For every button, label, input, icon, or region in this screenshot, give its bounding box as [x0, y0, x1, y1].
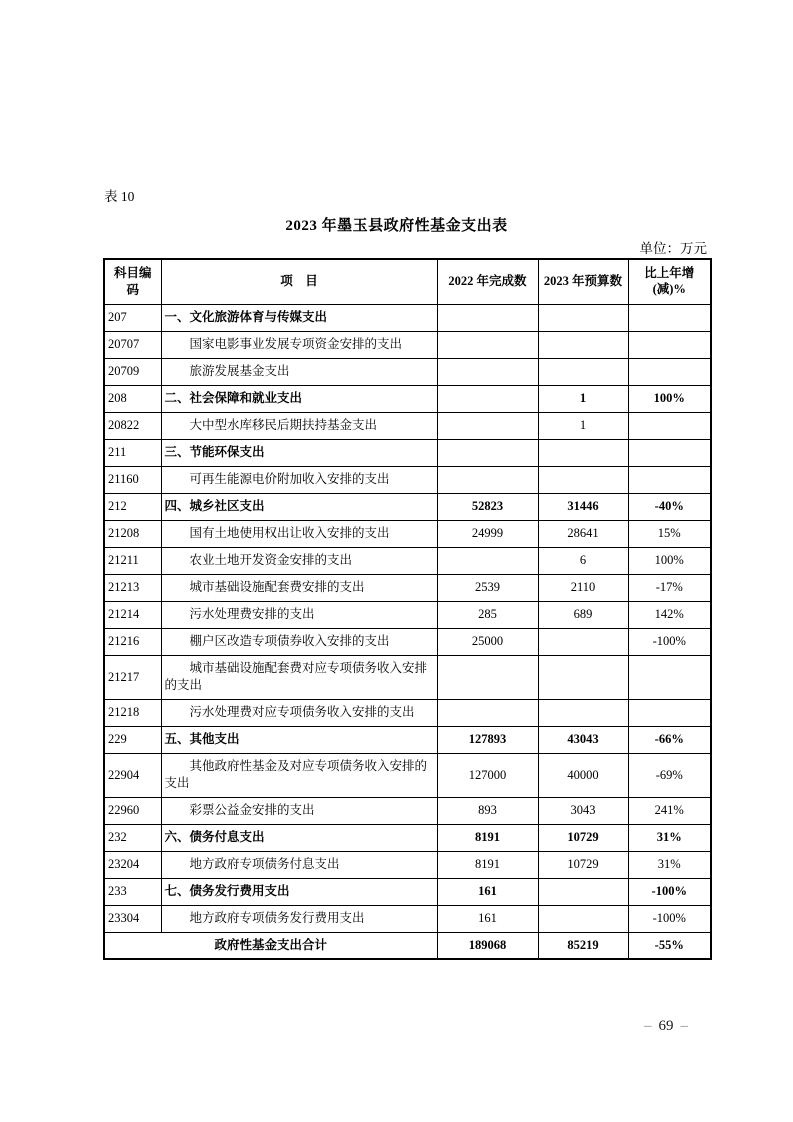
cell-item-name: 七、债务发行费用支出: [161, 878, 437, 905]
cell-2023-budget: [538, 699, 628, 726]
cell-yoy-change: [628, 331, 711, 358]
cell-yoy-change: [628, 655, 711, 699]
cell-item-name: 大中型水库移民后期扶持基金支出: [161, 412, 437, 439]
cell-item-name: 其他政府性基金及对应专项债务收入安排的支出: [161, 753, 437, 797]
table-row: 20707国家电影事业发展专项资金安排的支出: [104, 331, 711, 358]
cell-item-name: 地方政府专项债务发行费用支出: [161, 905, 437, 932]
cell-item-name: 可再生能源电价附加收入安排的支出: [161, 466, 437, 493]
header-subject-code: 科目编码: [104, 259, 161, 304]
cell-2022-actual: [437, 304, 538, 331]
cell-subject-code: 21213: [104, 574, 161, 601]
unit-label: 单位：万元: [103, 237, 707, 257]
cell-2023-budget: 3043: [538, 797, 628, 824]
cell-yoy-change: 31%: [628, 851, 711, 878]
cell-2023-budget: 6: [538, 547, 628, 574]
cell-2022-actual: 127893: [437, 726, 538, 753]
cell-yoy-change: 15%: [628, 520, 711, 547]
table-row: 23304地方政府专项债务发行费用支出161-100%: [104, 905, 711, 932]
cell-item-name: 四、城乡社区支出: [161, 493, 437, 520]
cell-subject-code: 229: [104, 726, 161, 753]
cell-subject-code: 207: [104, 304, 161, 331]
cell-subject-code: 208: [104, 385, 161, 412]
cell-2023-budget: [538, 655, 628, 699]
cell-item-name: 三、节能环保支出: [161, 439, 437, 466]
cell-2023-budget: 1: [538, 412, 628, 439]
cell-subject-code: 23304: [104, 905, 161, 932]
cell-yoy-change: -100%: [628, 905, 711, 932]
cell-2022-actual: 285: [437, 601, 538, 628]
cell-yoy-change: -17%: [628, 574, 711, 601]
cell-2022-actual: [437, 358, 538, 385]
header-item: 项 目: [161, 259, 437, 304]
table-row: 21213城市基础设施配套费安排的支出25392110-17%: [104, 574, 711, 601]
table-row: 20822大中型水库移民后期扶持基金支出1: [104, 412, 711, 439]
cell-subject-code: 21214: [104, 601, 161, 628]
cell-2022-actual: 8191: [437, 824, 538, 851]
cell-2023-budget: 40000: [538, 753, 628, 797]
cell-2023-budget: [538, 878, 628, 905]
table-row: 232六、债务付息支出81911072931%: [104, 824, 711, 851]
cell-subject-code: 23204: [104, 851, 161, 878]
document-page: 表 10 2023 年墨玉县政府性基金支出表 单位：万元 科目编码 项 目 20…: [0, 0, 793, 1122]
cell-subject-code: 21217: [104, 655, 161, 699]
table-body: 207一、文化旅游体育与传媒支出20707国家电影事业发展专项资金安排的支出20…: [104, 304, 711, 959]
page-number-value: 69: [659, 1018, 674, 1034]
cell-item-name: 地方政府专项债务付息支出: [161, 851, 437, 878]
cell-subject-code: 21218: [104, 699, 161, 726]
table-row: 208二、社会保障和就业支出1100%: [104, 385, 711, 412]
cell-2022-actual: 24999: [437, 520, 538, 547]
cell-2023-budget: [538, 439, 628, 466]
cell-subject-code: 20707: [104, 331, 161, 358]
cell-yoy-change: -100%: [628, 878, 711, 905]
cell-2022-actual: [437, 331, 538, 358]
cell-subject-code: 21208: [104, 520, 161, 547]
fund-expenditure-table: 科目编码 项 目 2022 年完成数 2023 年预算数 比上年增 (减)% 2…: [103, 258, 712, 960]
cell-yoy-change: [628, 699, 711, 726]
table-row: 21160可再生能源电价附加收入安排的支出: [104, 466, 711, 493]
cell-2022-actual: 2539: [437, 574, 538, 601]
table-row: 21211农业土地开发资金安排的支出6100%: [104, 547, 711, 574]
cell-yoy-change: -66%: [628, 726, 711, 753]
cell-2022-actual: [437, 439, 538, 466]
table-row: 22960彩票公益金安排的支出8933043241%: [104, 797, 711, 824]
cell-yoy-change: [628, 304, 711, 331]
cell-subject-code: 211: [104, 439, 161, 466]
page-title: 2023 年墨玉县政府性基金支出表: [0, 214, 793, 235]
table-number-label: 表 10: [104, 185, 134, 205]
cell-subject-code: 212: [104, 493, 161, 520]
cell-yoy-change: 100%: [628, 547, 711, 574]
cell-item-name: 棚户区改造专项债券收入安排的支出: [161, 628, 437, 655]
cell-yoy-change: [628, 358, 711, 385]
cell-subject-code: 232: [104, 824, 161, 851]
cell-subject-code: 20709: [104, 358, 161, 385]
cell-2022-actual: 189068: [437, 932, 538, 959]
cell-2023-budget: [538, 304, 628, 331]
cell-item-name: 一、文化旅游体育与传媒支出: [161, 304, 437, 331]
cell-item-name: 五、其他支出: [161, 726, 437, 753]
cell-2023-budget: 689: [538, 601, 628, 628]
cell-2022-actual: [437, 547, 538, 574]
cell-yoy-change: [628, 412, 711, 439]
cell-yoy-change: 100%: [628, 385, 711, 412]
cell-2022-actual: [437, 385, 538, 412]
table-row: 21216棚户区改造专项债券收入安排的支出25000-100%: [104, 628, 711, 655]
cell-subject-code: 20822: [104, 412, 161, 439]
cell-2023-budget: [538, 466, 628, 493]
header-yoy-change-line1: 比上年增: [632, 266, 708, 282]
cell-item-name: 污水处理费安排的支出: [161, 601, 437, 628]
table-row: 211三、节能环保支出: [104, 439, 711, 466]
table-row: 21214污水处理费安排的支出285689142%: [104, 601, 711, 628]
cell-2022-actual: [437, 466, 538, 493]
cell-item-name: 城市基础设施配套费安排的支出: [161, 574, 437, 601]
page-number-left-dash: –: [644, 1018, 652, 1034]
cell-2023-budget: 85219: [538, 932, 628, 959]
cell-item-name: 彩票公益金安排的支出: [161, 797, 437, 824]
table-header-row: 科目编码 项 目 2022 年完成数 2023 年预算数 比上年增 (减)%: [104, 259, 711, 304]
cell-2022-actual: [437, 412, 538, 439]
cell-2022-actual: [437, 699, 538, 726]
cell-yoy-change: -100%: [628, 628, 711, 655]
table-row: 21217城市基础设施配套费对应专项债务收入安排的支出: [104, 655, 711, 699]
cell-2022-actual: 161: [437, 878, 538, 905]
cell-2023-budget: [538, 905, 628, 932]
table-row: 229五、其他支出12789343043-66%: [104, 726, 711, 753]
cell-2023-budget: 10729: [538, 824, 628, 851]
cell-2023-budget: [538, 331, 628, 358]
cell-subject-code: 21160: [104, 466, 161, 493]
header-yoy-change-line2: (减)%: [632, 282, 708, 298]
cell-item-name: 城市基础设施配套费对应专项债务收入安排的支出: [161, 655, 437, 699]
header-2023-budget: 2023 年预算数: [538, 259, 628, 304]
cell-yoy-change: -69%: [628, 753, 711, 797]
cell-2022-actual: [437, 655, 538, 699]
cell-2022-actual: 52823: [437, 493, 538, 520]
cell-subject-code: 21211: [104, 547, 161, 574]
table-row: 212四、城乡社区支出5282331446-40%: [104, 493, 711, 520]
cell-item-name: 二、社会保障和就业支出: [161, 385, 437, 412]
cell-item-name: 国有土地使用权出让收入安排的支出: [161, 520, 437, 547]
cell-2022-actual: 893: [437, 797, 538, 824]
cell-2022-actual: 25000: [437, 628, 538, 655]
cell-item-name: 六、债务付息支出: [161, 824, 437, 851]
cell-2023-budget: 10729: [538, 851, 628, 878]
cell-2022-actual: 161: [437, 905, 538, 932]
table-row: 22904其他政府性基金及对应专项债务收入安排的支出12700040000-69…: [104, 753, 711, 797]
cell-2023-budget: 28641: [538, 520, 628, 547]
cell-2023-budget: 43043: [538, 726, 628, 753]
cell-2022-actual: 8191: [437, 851, 538, 878]
cell-yoy-change: 241%: [628, 797, 711, 824]
cell-item-name: 国家电影事业发展专项资金安排的支出: [161, 331, 437, 358]
cell-item-name: 旅游发展基金支出: [161, 358, 437, 385]
cell-item-name: 农业土地开发资金安排的支出: [161, 547, 437, 574]
table-row: 207一、文化旅游体育与传媒支出: [104, 304, 711, 331]
cell-2023-budget: 1: [538, 385, 628, 412]
cell-yoy-change: 31%: [628, 824, 711, 851]
cell-subject-code: 21216: [104, 628, 161, 655]
cell-yoy-change: -40%: [628, 493, 711, 520]
cell-yoy-change: [628, 439, 711, 466]
cell-subject-code: 233: [104, 878, 161, 905]
table-row: 21218污水处理费对应专项债务收入安排的支出: [104, 699, 711, 726]
cell-total-label: 政府性基金支出合计: [104, 932, 437, 959]
cell-2023-budget: 31446: [538, 493, 628, 520]
page-number-right-dash: –: [681, 1018, 689, 1034]
cell-yoy-change: 142%: [628, 601, 711, 628]
table-row: 23204地方政府专项债务付息支出81911072931%: [104, 851, 711, 878]
cell-2023-budget: 2110: [538, 574, 628, 601]
cell-2023-budget: [538, 628, 628, 655]
cell-item-name: 污水处理费对应专项债务收入安排的支出: [161, 699, 437, 726]
cell-yoy-change: -55%: [628, 932, 711, 959]
header-2022-actual: 2022 年完成数: [437, 259, 538, 304]
table-row: 20709旅游发展基金支出: [104, 358, 711, 385]
table-row: 21208国有土地使用权出让收入安排的支出249992864115%: [104, 520, 711, 547]
table-total-row: 政府性基金支出合计18906885219-55%: [104, 932, 711, 959]
page-number: –69–: [626, 1018, 706, 1035]
cell-2022-actual: 127000: [437, 753, 538, 797]
cell-yoy-change: [628, 466, 711, 493]
cell-subject-code: 22960: [104, 797, 161, 824]
header-yoy-change: 比上年增 (减)%: [628, 259, 711, 304]
cell-subject-code: 22904: [104, 753, 161, 797]
cell-2023-budget: [538, 358, 628, 385]
table-row: 233七、债务发行费用支出161-100%: [104, 878, 711, 905]
